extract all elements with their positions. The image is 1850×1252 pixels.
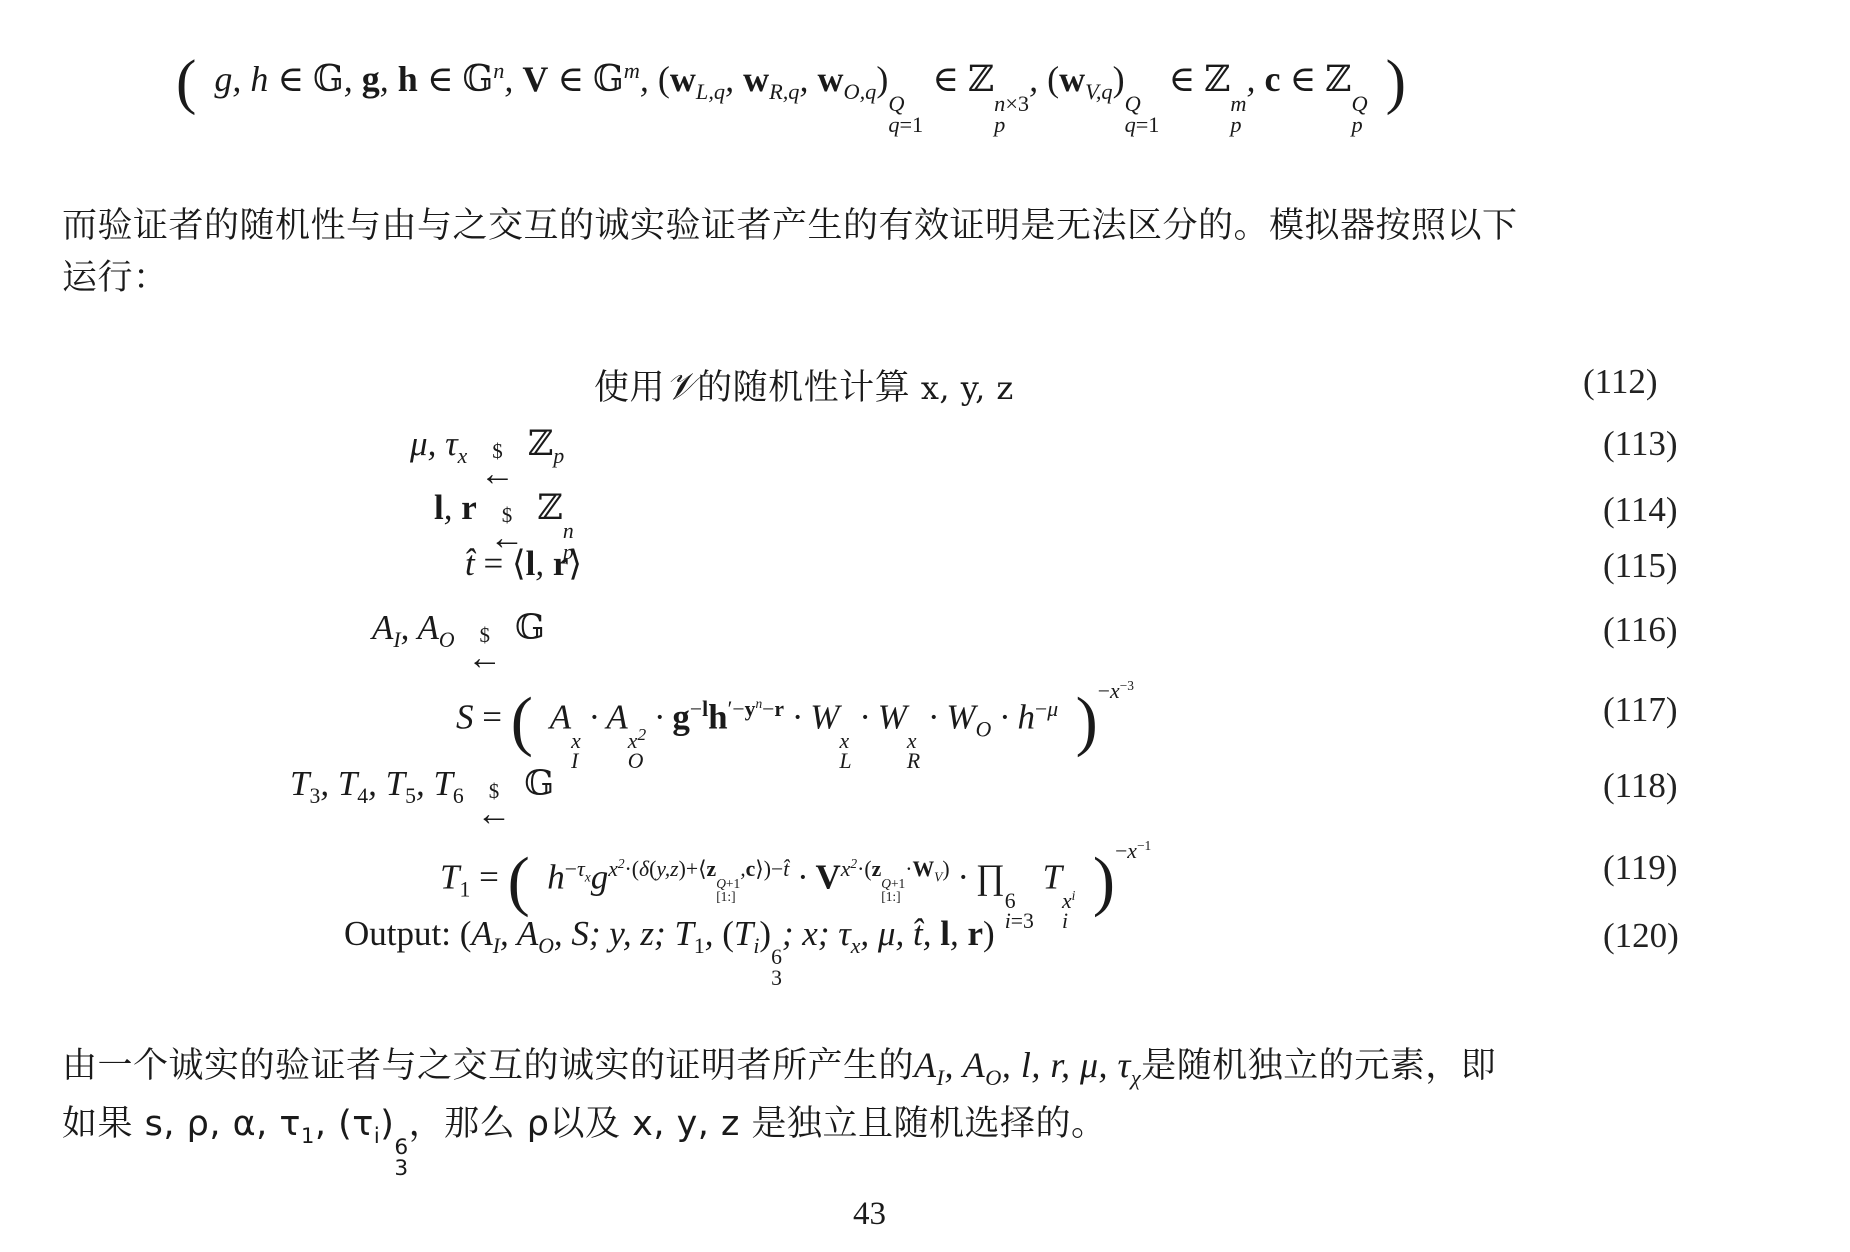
right-paren: ) xyxy=(1386,48,1406,116)
paragraph-2-inline-math: AI, AO, l, r, μ, τχ xyxy=(914,1045,1141,1085)
eq112-vars: x, y, z xyxy=(910,369,1014,407)
paragraph-2-line-1-suffix: 是随机独立的元素，即 xyxy=(1141,1046,1496,1086)
equation-number-113: (113) xyxy=(1603,424,1678,464)
paragraph-2-line-2-part-b: ，那么 ρ以及 x, y, z 是独立且随机选择的。 xyxy=(409,1104,1107,1144)
page-number: 43 xyxy=(853,1196,886,1233)
equation-number-116: (116) xyxy=(1603,610,1678,650)
random-sample-arrow: $← xyxy=(467,627,502,672)
equation-115: t̂ = ⟨l, r⟩ xyxy=(465,544,582,584)
paragraph-2-line-1-prefix: 由一个诚实的验证者与之交互的诚实的证明者所产生的 xyxy=(62,1046,914,1086)
random-sample-arrow: $← xyxy=(477,783,512,828)
eq112-calV: 𝒱 xyxy=(665,366,697,408)
equation-118: T3, T4, T5, T6 $← 𝔾 xyxy=(290,764,554,828)
eq112-prefix: 使用 xyxy=(594,368,665,408)
equation-112: 使用𝒱的随机性计算 x, y, z xyxy=(594,360,1014,410)
equation-number-120: (120) xyxy=(1603,916,1679,956)
header-formula: ( g, h ∈ 𝔾, g, h ∈ 𝔾n, V ∈ 𝔾m, (wL,q, wR… xyxy=(176,58,1406,135)
equation-number-119: (119) xyxy=(1603,848,1678,888)
equation-113: μ, τx $← ℤp xyxy=(410,424,564,488)
eq112-suffix: 的随机性计算 xyxy=(697,368,910,408)
paragraph-1-line-1: 而验证者的随机性与由与之交互的诚实验证者产生的有效证明是无法区分的。模拟器按照以… xyxy=(62,198,1518,248)
random-sample-arrow: $← xyxy=(480,443,515,488)
paragraph-1-line-2: 运行： xyxy=(62,250,169,300)
equation-120: Output: (AI, AO, S; y, z; T1, (Ti)63; x;… xyxy=(344,914,995,988)
left-paren: ( xyxy=(176,48,196,116)
equation-number-114: (114) xyxy=(1603,490,1678,530)
output-label: Output: xyxy=(344,914,451,953)
paragraph-2-line-2-part-a: 如果 s, ρ, α, τ xyxy=(62,1104,301,1144)
equation-116: AI, AO $← 𝔾 xyxy=(372,608,545,672)
paragraph-2-line-2: 如果 s, ρ, α, τ1, (τi)63，那么 ρ以及 x, y, z 是独… xyxy=(62,1096,1107,1179)
equation-number-115: (115) xyxy=(1603,546,1678,586)
equation-number-112: (112) xyxy=(1583,362,1658,402)
paragraph-2-line-1: 由一个诚实的验证者与之交互的诚实的证明者所产生的AI, AO, l, r, μ,… xyxy=(62,1038,1496,1088)
equation-117: S = ( AxI · Ax2O · g−lh′−yn−r · WxL · Wx… xyxy=(456,686,1134,772)
equation-number-117: (117) xyxy=(1603,690,1678,730)
equation-number-118: (118) xyxy=(1603,766,1678,806)
